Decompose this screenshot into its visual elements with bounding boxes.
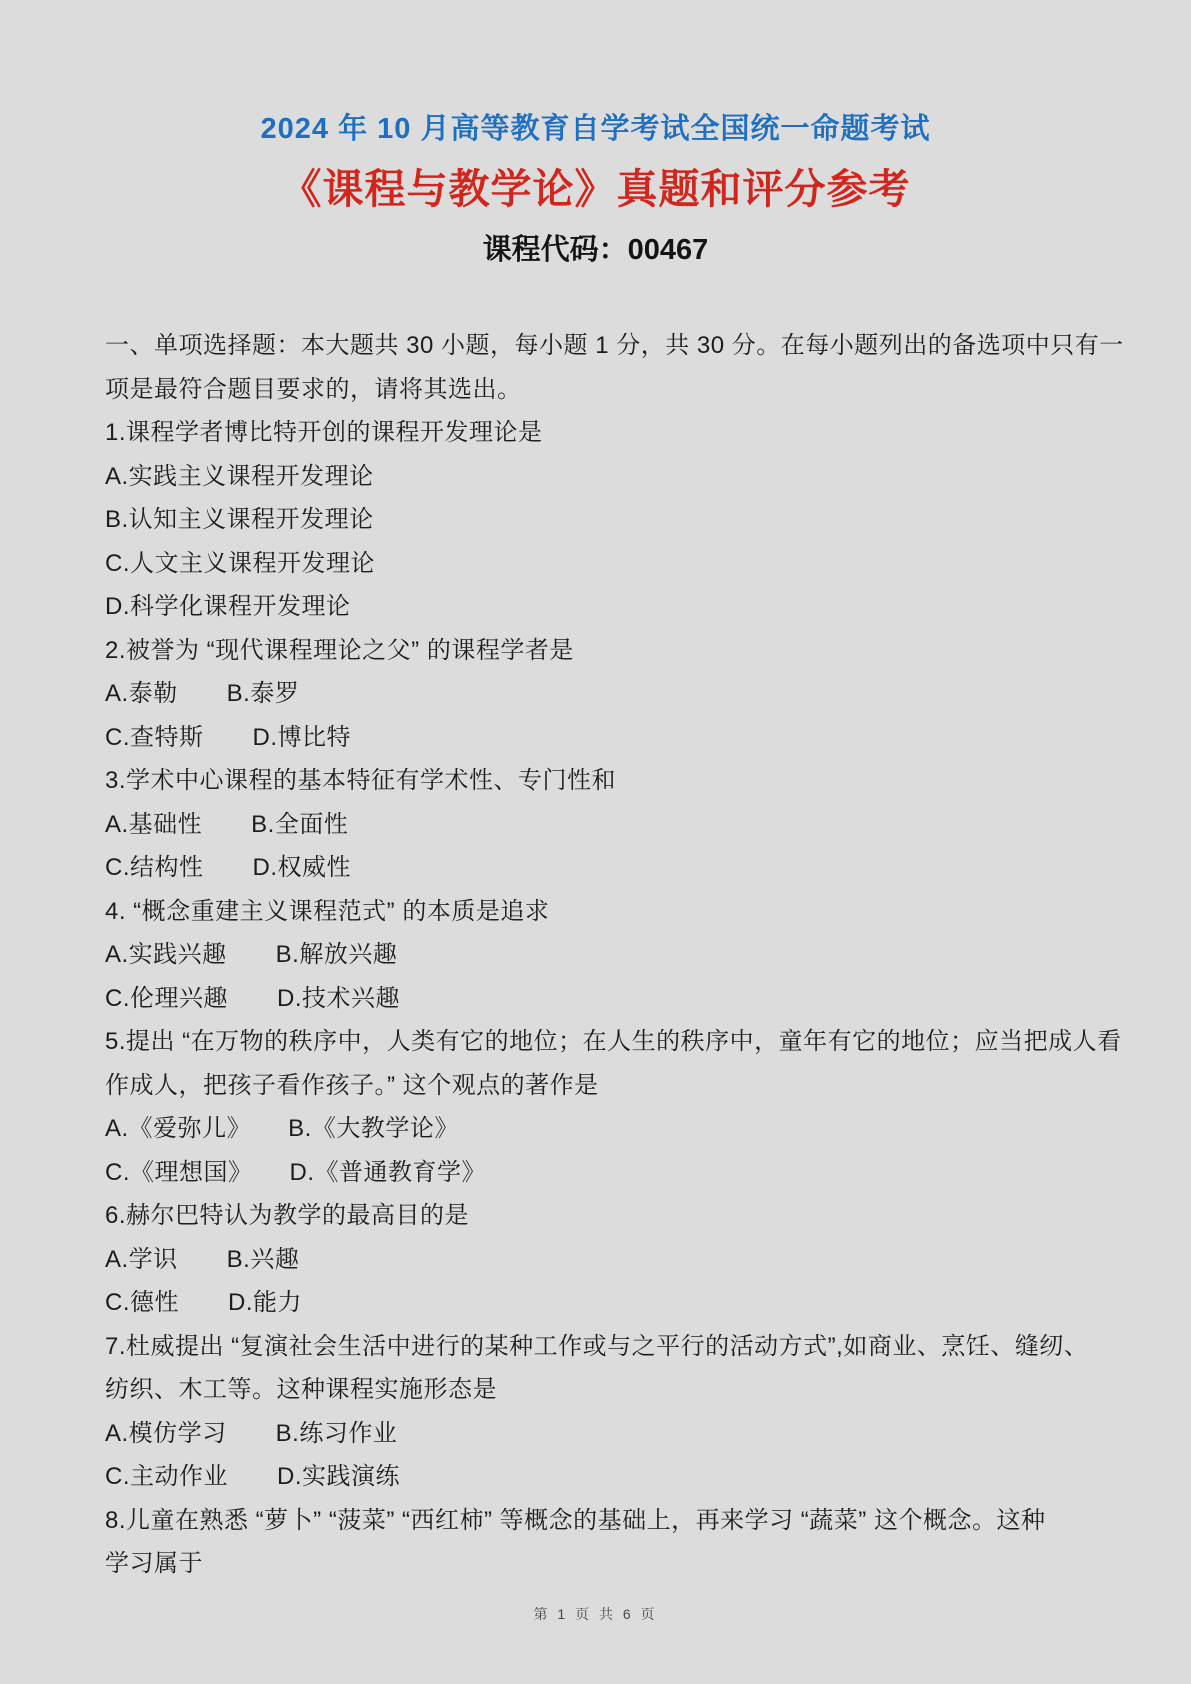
section-heading-line: 一、单项选择题：本大题共 30 小题，每小题 1 分，共 30 分。在每小题列出… xyxy=(105,324,1161,368)
question-stem: 1.课程学者博比特开创的课程开发理论是 xyxy=(105,411,1161,455)
question-option: A.模仿学习 B.练习作业 xyxy=(105,1412,1161,1456)
question-stem: 7.杜威提出 “复演社会生活中进行的某种工作或与之平行的活动方式”,如商业、烹饪… xyxy=(105,1325,1161,1369)
question-option: A.基础性 B.全面性 xyxy=(105,803,1161,847)
question-stem: 3.学术中心课程的基本特征有学术性、专门性和 xyxy=(105,759,1161,803)
question-stem: 4. “概念重建主义课程范式” 的本质是追求 xyxy=(105,890,1161,934)
question-option: A.泰勒 B.泰罗 xyxy=(105,672,1161,716)
question-option: C.结构性 D.权威性 xyxy=(105,846,1161,890)
question-option: C.《理想国》 D.《普通教育学》 xyxy=(105,1151,1161,1195)
question-stem: 2.被誉为 “现代课程理论之父” 的课程学者是 xyxy=(105,629,1161,673)
document-header: 2024 年 10 月高等教育自学考试全国统一命题考试 《课程与教学论》真题和评… xyxy=(0,0,1191,270)
question-option: C.人文主义课程开发理论 xyxy=(105,542,1161,586)
question-option: A.实践主义课程开发理论 xyxy=(105,455,1161,499)
question-option: B.认知主义课程开发理论 xyxy=(105,498,1161,542)
question-stem: 作成人，把孩子看作孩子。” 这个观点的著作是 xyxy=(105,1064,1161,1108)
exam-title: 《课程与教学论》真题和评分参考 xyxy=(0,162,1191,216)
question-stem: 6.赫尔巴特认为教学的最高目的是 xyxy=(105,1194,1161,1238)
question-option: C.主动作业 D.实践演练 xyxy=(105,1455,1161,1499)
question-paper-body: 一、单项选择题：本大题共 30 小题，每小题 1 分，共 30 分。在每小题列出… xyxy=(0,324,1191,1586)
question-stem: 纺织、木工等。这种课程实施形态是 xyxy=(105,1368,1161,1412)
question-stem: 8.儿童在熟悉 “萝卜” “菠菜” “西红柿” 等概念的基础上，再来学习 “蔬菜… xyxy=(105,1499,1161,1543)
question-stem: 5.提出 “在万物的秩序中，人类有它的地位；在人生的秩序中，童年有它的地位；应当… xyxy=(105,1020,1161,1064)
question-option: A.《爱弥儿》 B.《大教学论》 xyxy=(105,1107,1161,1151)
question-option: C.查特斯 D.博比特 xyxy=(105,716,1161,760)
question-option: A.学识 B.兴趣 xyxy=(105,1238,1161,1282)
exam-session-title: 2024 年 10 月高等教育自学考试全国统一命题考试 xyxy=(0,108,1191,150)
question-option: D.科学化课程开发理论 xyxy=(105,585,1161,629)
question-option: C.德性 D.能力 xyxy=(105,1281,1161,1325)
question-option: C.伦理兴趣 D.技术兴趣 xyxy=(105,977,1161,1021)
course-code: 课程代码：00467 xyxy=(0,230,1191,270)
question-stem: 学习属于 xyxy=(105,1542,1161,1586)
question-option: A.实践兴趣 B.解放兴趣 xyxy=(105,933,1161,977)
page-footer: 第 1 页 共 6 页 xyxy=(0,1604,1191,1624)
page: 2024 年 10 月高等教育自学考试全国统一命题考试 《课程与教学论》真题和评… xyxy=(0,0,1191,1684)
section-heading-line: 项是最符合题目要求的，请将其选出。 xyxy=(105,368,1161,412)
